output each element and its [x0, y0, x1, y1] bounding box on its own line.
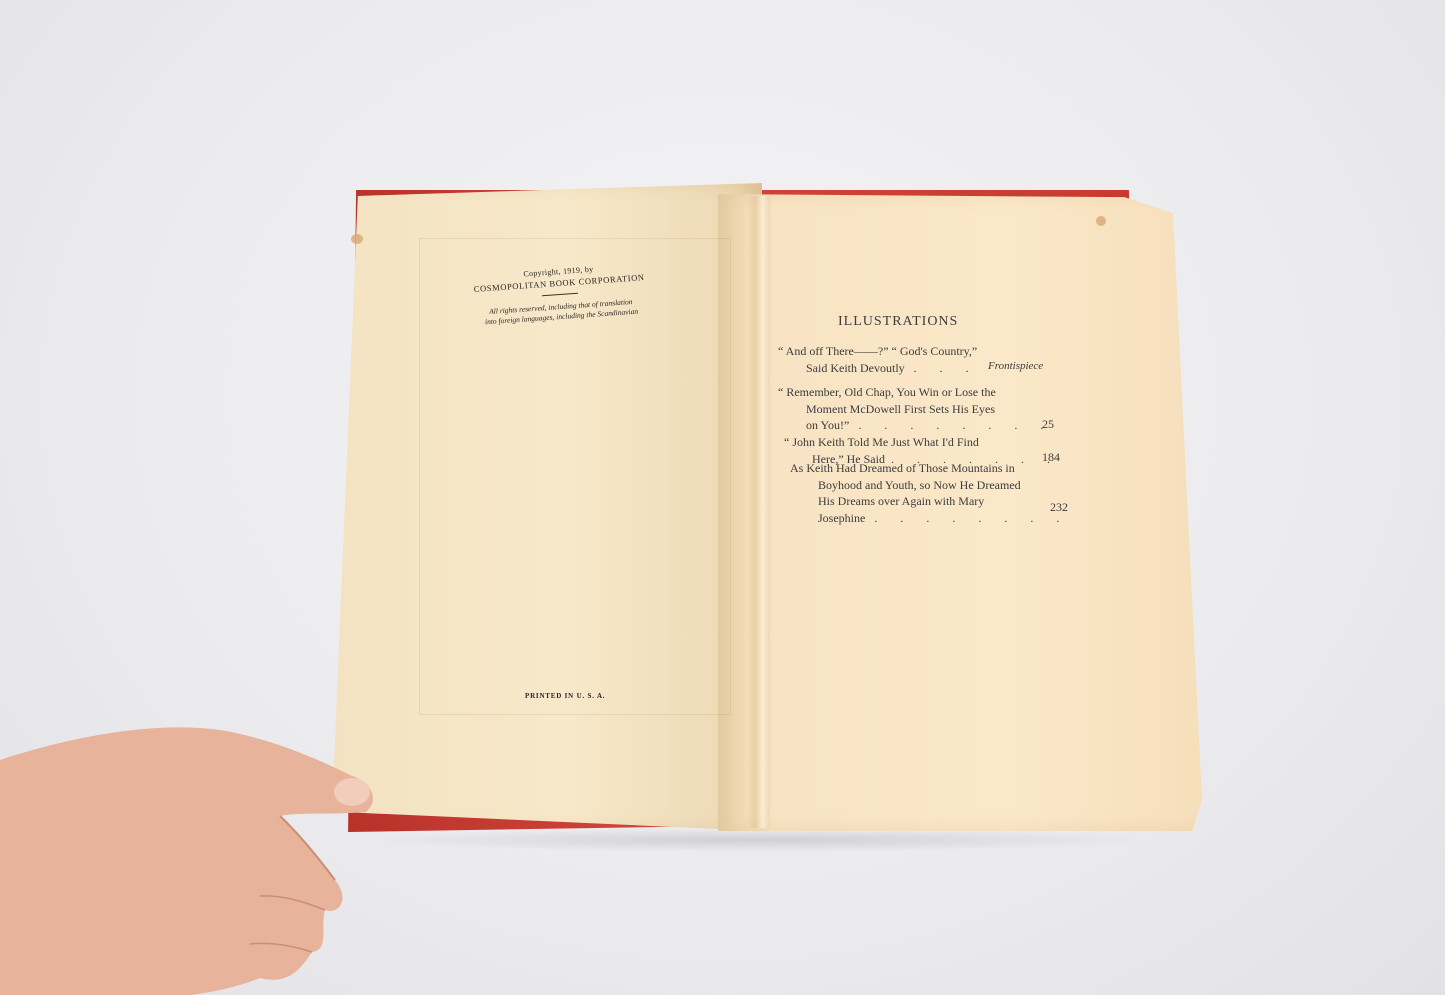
book-gutter [748, 196, 770, 828]
entry-line: “ John Keith Told Me Just What I'd Find [784, 435, 979, 449]
page-stain [351, 234, 363, 244]
photo-scene: Copyright, 1919, by COSMOPOLITAN BOOK CO… [0, 0, 1445, 995]
illustration-entry: “ Remember, Old Chap, You Win or Lose th… [778, 384, 1053, 434]
entry-line: “ Remember, Old Chap, You Win or Lose th… [778, 385, 996, 399]
book-shadow [360, 828, 1150, 852]
page-stain [1096, 216, 1106, 226]
page-ref: 25 [1042, 417, 1054, 432]
printed-in-label: PRINTED IN U. S. A. [525, 692, 605, 700]
page-ref: 232 [1050, 500, 1068, 515]
divider [542, 293, 578, 297]
hand [0, 720, 400, 995]
entry-line: His Dreams over Again with Mary [790, 493, 1069, 510]
entry-line: Moment McDowell First Sets His Eyes [778, 401, 1053, 418]
entry-line: Said Keith Devoutly . . . [778, 360, 979, 377]
illustration-entry: “ And off There——?” “ God's Country,” Sa… [778, 343, 979, 376]
illustrations-heading: ILLUSTRATIONS [838, 314, 958, 330]
illustration-entry: As Keith Had Dreamed of Those Mountains … [790, 460, 1069, 526]
entry-line: “ And off There——?” “ God's Country,” [778, 344, 977, 358]
entry-line: Boyhood and Youth, so Now He Dreamed [790, 477, 1069, 494]
entry-line: Josephine . . . . . . . . [790, 510, 1069, 527]
entry-line: on You!” . . . . . . . . [778, 417, 1053, 434]
entry-line: As Keith Had Dreamed of Those Mountains … [790, 461, 1015, 475]
page-ref: Frontispiece [988, 360, 1043, 372]
